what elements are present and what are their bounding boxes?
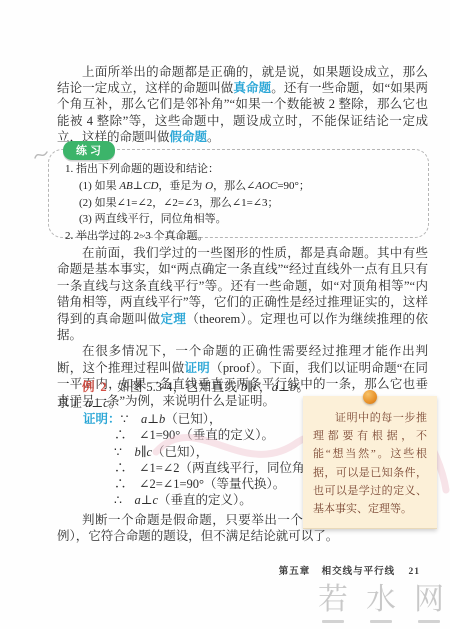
paragraph-true-false-propositions: 上面所举出的命题都是正确的，就是说，如果题设成立，那么结论一定成立，这样的命题叫…: [57, 64, 428, 146]
text-segment: AOC: [255, 180, 277, 192]
paragraph-theorem: 在前面，我们学过的一些图形的性质，都是真命题。其中有些命题是基本事实，如“两点确…: [57, 245, 428, 343]
text-segment: 2. 举出学过的 2~3 个真命题。: [65, 230, 208, 242]
text-segment: ，那么∠: [213, 180, 255, 192]
watermark-char-text: 水: [366, 584, 396, 616]
text-segment: 1. 指出下列命题的题设和结论：: [65, 163, 219, 175]
note-text: 证明中的每一步推理都要有根据，不能“想当然”。这些根据，可以是已知条件，也可以是…: [313, 409, 427, 518]
watermark-char-text: 若: [318, 584, 348, 616]
exercise-item-1-1: (1) 如果 AB⊥CD，垂足为 O，那么∠AOC=90°；: [65, 178, 414, 195]
watermark-char: 水: [366, 584, 396, 623]
text-segment: 真命题: [233, 81, 271, 95]
sticky-note: 证明中的每一步推理都要有根据，不能“想当然”。这些根据，可以是已知条件，也可以是…: [303, 396, 437, 529]
text-segment: ∵: [114, 445, 134, 459]
text-segment: (1) 如果: [79, 180, 119, 192]
text-segment: a⊥c: [134, 493, 158, 507]
example-2-label: 例 2: [82, 380, 108, 394]
exercise-item-1-2: (2) 如果∠1=∠2，∠2=∠3，那么∠1=∠3；: [65, 195, 414, 212]
text-segment: 证明: [185, 361, 211, 375]
exercise-item-1: 1. 指出下列命题的题设和结论：: [65, 161, 414, 178]
text-segment: ，垂足为: [158, 180, 205, 192]
page-footer: 第五章 相交线与平行线 21: [279, 563, 420, 577]
exercise-item-1-3: (3) 两直线平行，同位角相等。: [65, 211, 414, 228]
text-segment: O: [205, 180, 213, 192]
exercise-section: 练习 1. 指出下列命题的题设和结论： (1) 如果 AB⊥CD，垂足为 O，那…: [48, 149, 429, 238]
footer-page-number: 21: [409, 567, 421, 577]
badge-squiggle-decoration: [33, 148, 49, 167]
watermark-underline: [370, 620, 392, 623]
footer-book-title: 相交线与平行线: [322, 567, 396, 577]
text-segment: 如图 5.3-4，已知直线: [117, 380, 241, 394]
text-segment: (2) 如果∠1=∠2，∠2=∠3，那么∠1=∠3；: [79, 197, 279, 209]
note-pin-icon: [363, 390, 377, 404]
text-segment: a⊥b: [272, 380, 296, 394]
text-segment: b∥c: [134, 445, 152, 459]
watermark-char: 若: [318, 584, 348, 623]
text-segment: ∴ ∠2=∠1=90°（等量代换）。: [114, 477, 285, 491]
text-segment: 定理: [160, 312, 186, 326]
text-segment: （垂直的定义）。: [158, 493, 252, 507]
text-segment: 。: [109, 396, 122, 410]
example-2-statement: 例 2如图 5.3-4，已知直线 b∥c，a⊥b。求证 a⊥c。: [57, 379, 309, 412]
text-segment: 证明：: [83, 412, 121, 426]
exercise-badge: 练习: [63, 141, 115, 160]
textbook-page: 上面所举出的命题都是正确的，就是说，如果题设成立，那么结论一定成立，这样的命题叫…: [0, 0, 450, 629]
site-watermark: 若 水 网: [318, 584, 444, 623]
watermark-char-text: 网: [414, 584, 444, 616]
text-segment: 。: [207, 130, 220, 144]
text-segment: ∴: [114, 493, 134, 507]
text-segment: AB⊥CD: [119, 180, 158, 192]
watermark-char: 网: [414, 584, 444, 623]
text-segment: 假命题: [170, 130, 208, 144]
footer-chapter: 第五章: [279, 567, 311, 577]
watermark-underline: [418, 620, 440, 623]
text-segment: ，: [258, 380, 271, 394]
text-segment: ∴ ∠1=90°（垂直的定义）。: [114, 428, 274, 442]
text-segment: a⊥b: [141, 412, 165, 426]
text-segment: ∵: [121, 412, 141, 426]
text-segment: （已知），: [152, 445, 208, 459]
text-segment: （已知），: [165, 412, 221, 426]
watermark-underline: [322, 620, 344, 623]
text-segment: b∥c: [241, 380, 259, 394]
text-segment: (3) 两直线平行，同位角相等。: [79, 213, 227, 225]
text-segment: 证明中的每一步推理都要有根据，不能“想当然”。这些根据，可以是已知条件，也可以是…: [313, 412, 427, 515]
exercise-item-2: 2. 举出学过的 2~3 个真命题。: [65, 228, 414, 245]
text-segment: a⊥c: [85, 396, 109, 410]
text-segment: =90°；: [277, 180, 310, 192]
